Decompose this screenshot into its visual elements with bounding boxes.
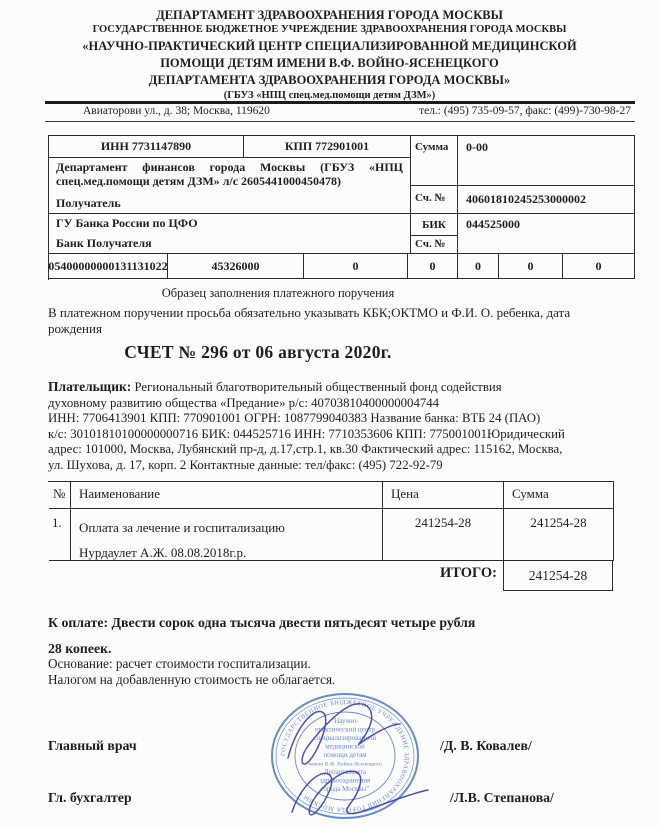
col-header-price: Цена bbox=[383, 482, 504, 509]
svg-text:имени В.Ф. Войно-Ясенецкого: имени В.Ф. Войно-Ясенецкого bbox=[308, 761, 382, 768]
payment-note: В платежном поручении просьба обязательн… bbox=[48, 305, 603, 337]
svg-text:города Москвы": города Москвы" bbox=[321, 785, 370, 793]
code-cell-7: 0 bbox=[563, 254, 635, 279]
amount-due-block: К оплате: Двести сорок одна тысяча двест… bbox=[48, 610, 616, 662]
phone-fax-text: тел.: (495) 735-09-57, факс: (499)-730-9… bbox=[419, 105, 631, 117]
account-label-cell: Сч. № bbox=[411, 186, 458, 214]
account2-label-cell: Сч. № bbox=[411, 236, 458, 254]
institution-line: ГОСУДАРСТВЕННОЕ БЮДЖЕТНОЕ УЧРЕЖДЕНИЕ ЗДР… bbox=[0, 23, 659, 37]
col-header-sum: Сумма bbox=[504, 482, 614, 509]
basis-block: Основание: расчет стоимости госпитализац… bbox=[48, 656, 616, 688]
official-stamp: ГОСУДАРСТВЕННОЕ БЮДЖЕТНОЕ УЧРЕЖДЕНИЕ ЗДР… bbox=[250, 690, 440, 825]
item-row-sum: 241254-28 bbox=[504, 509, 614, 561]
center-name-line-1: «НАУЧНО-ПРАКТИЧЕСКИЙ ЦЕНТР СПЕЦИАЛИЗИРОВ… bbox=[0, 38, 659, 54]
payee-bank-name: ГУ Банка России по ЦФО bbox=[49, 214, 410, 233]
payee-bank-label: Банк Получателя bbox=[49, 234, 410, 253]
bik-label-cell: БИК bbox=[411, 214, 458, 236]
signature-role-chief-doctor: Главный врач bbox=[48, 738, 137, 754]
stamp-center-text: "Научно- практический центр специализиро… bbox=[308, 717, 382, 793]
item-row-num: 1. bbox=[49, 509, 71, 561]
signature-name-chief-doctor: /Д. В. Ковалев/ bbox=[440, 738, 532, 754]
address-text: Авиаторови ул., д. 38; Москва, 119620 bbox=[83, 105, 270, 117]
invoice-document: ДЕПАРТАМЕНТ ЗДРАВООХРАНЕНИЯ ГОРОДА МОСКВ… bbox=[0, 0, 659, 827]
header-rule-thick bbox=[45, 101, 635, 104]
oktmo-cell: 45326000 bbox=[168, 254, 304, 279]
svg-text:"Научно-: "Научно- bbox=[331, 717, 359, 725]
account-value-cell: 40601810245253000002 bbox=[458, 186, 635, 214]
payer-line-1: Плательщик: Региональный благотворительн… bbox=[48, 379, 616, 396]
payer-line-5: адрес: 101000, Москва, Лубянский пр-д, д… bbox=[48, 442, 616, 458]
payer-line-1-text: Региональный благотворительный обществен… bbox=[131, 380, 501, 394]
kpp-cell: КПП 772901001 bbox=[244, 136, 411, 158]
payment-requisites-table: ИНН 7731147890 КПП 772901001 Департамент… bbox=[48, 135, 635, 280]
payer-line-2: духовному развитию общества «Предание» р… bbox=[48, 396, 616, 412]
payee-name-text: Департамент финансов города Москвы (ГБУЗ… bbox=[49, 158, 410, 190]
item-row-price: 241254-28 bbox=[383, 509, 504, 561]
signature-role-chief-accountant: Гл. бухгалтер bbox=[48, 790, 132, 806]
code-cell-4: 0 bbox=[408, 254, 458, 279]
payer-line-6: ул. Шухова, д. 17, корп. 2 Контактные да… bbox=[48, 458, 616, 474]
item-name-line-1: Оплата за лечение и госпитализацию bbox=[79, 515, 374, 540]
summa-value-cell: 0-00 bbox=[458, 136, 635, 186]
col-header-name: Наименование bbox=[71, 482, 383, 509]
payee-label: Получатель bbox=[49, 194, 410, 213]
code-cell-5: 0 bbox=[458, 254, 499, 279]
basis-line: Основание: расчет стоимости госпитализац… bbox=[48, 656, 616, 672]
total-value-cell: 241254-28 bbox=[503, 560, 613, 591]
vat-line: Налогом на добавленную стоимость не обла… bbox=[48, 672, 616, 688]
contact-row: Авиаторови ул., д. 38; Москва, 119620 те… bbox=[48, 105, 633, 117]
code-cell-3: 0 bbox=[304, 254, 408, 279]
letterhead: ДЕПАРТАМЕНТ ЗДРАВООХРАНЕНИЯ ГОРОДА МОСКВ… bbox=[0, 8, 659, 103]
inn-cell: ИНН 7731147890 bbox=[49, 136, 244, 158]
code-cell-6: 0 bbox=[499, 254, 563, 279]
col-header-num: № bbox=[49, 482, 71, 509]
sample-caption: Образец заполнения платежного поручения bbox=[48, 286, 508, 301]
invoice-title: СЧЕТ № 296 от 06 августа 2020г. bbox=[48, 342, 468, 363]
center-name-line-2: ПОМОЩИ ДЕТЯМ ИМЕНИ В.Ф. ВОЙНО-ЯСЕНЕЦКОГО bbox=[0, 55, 659, 71]
items-table: № Наименование Цена Сумма 1. Оплата за л… bbox=[48, 481, 614, 482]
payer-line-3: ИНН: 7706413901 КПП: 770901001 ОГРН: 108… bbox=[48, 411, 616, 427]
svg-text:помощи детям: помощи детям bbox=[323, 751, 367, 759]
signature-name-chief-accountant: /Л.В. Степанова/ bbox=[450, 790, 554, 806]
payer-label: Плательщик: bbox=[48, 379, 131, 394]
payer-block: Плательщик: Региональный благотворительн… bbox=[48, 379, 616, 474]
center-name-line-3: ДЕПАРТАМЕНТА ЗДРАВООХРАНЕНИЯ ГОРОДА МОСК… bbox=[0, 72, 659, 88]
department-title: ДЕПАРТАМЕНТ ЗДРАВООХРАНЕНИЯ ГОРОДА МОСКВ… bbox=[0, 8, 659, 23]
header-rule-thin bbox=[45, 121, 635, 122]
payer-line-4: к/с: 30101810100000000716 БИК: 044525716… bbox=[48, 427, 616, 443]
kbk-cell: 05400000000131131022 bbox=[49, 254, 168, 279]
total-label: ИТОГО: bbox=[297, 565, 497, 582]
summa-label-cell: Сумма bbox=[411, 136, 458, 186]
bik-value-cell: 044525000 bbox=[458, 214, 635, 254]
amount-due-line-1: К оплате: Двести сорок одна тысяча двест… bbox=[48, 610, 616, 636]
item-row-name: Оплата за лечение и госпитализацию Нурда… bbox=[71, 509, 383, 561]
item-name-line-2: Нурдаулет А.Ж. 08.08.2018г.р. bbox=[79, 540, 374, 561]
